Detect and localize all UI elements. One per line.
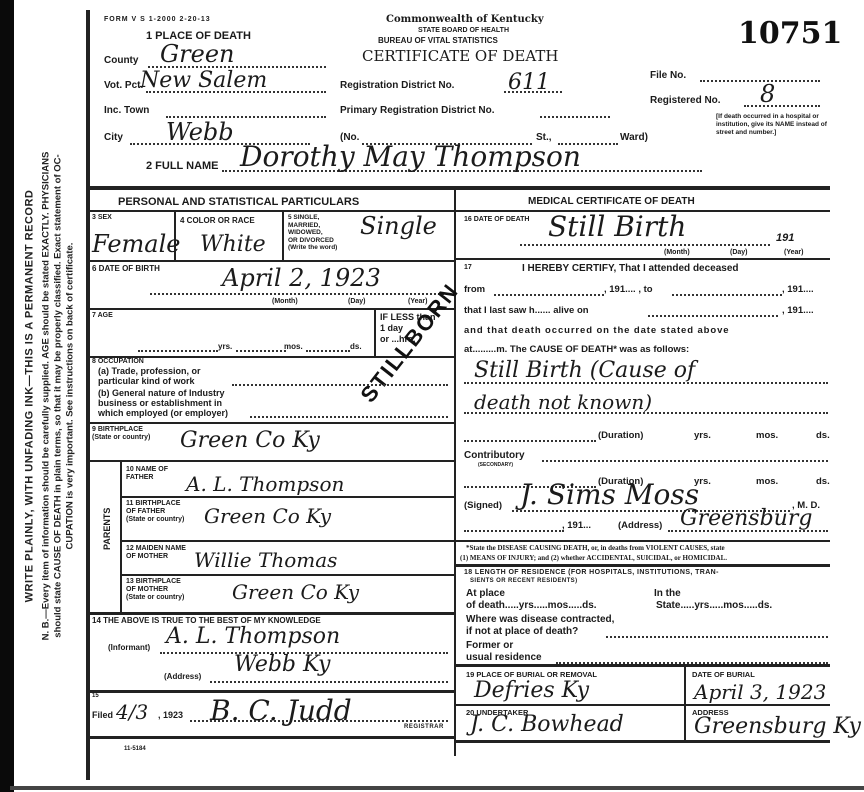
rule (120, 540, 454, 542)
physician-address-label: (Address) (618, 520, 662, 531)
side-instruction-line: N. B.—Every item of information should b… (41, 16, 53, 776)
rule (456, 258, 830, 260)
date-of-death-line (520, 244, 770, 246)
form-border-bottom (10, 786, 864, 790)
footer-code: 11-5184 (124, 746, 146, 752)
rule (120, 496, 454, 498)
filed-label: Filed (92, 710, 113, 720)
father-name-value: A. L. Thompson (186, 472, 344, 496)
rule (88, 460, 454, 462)
marital-label: 5 SINGLE, MARRIED, WIDOWED, OR DIVORCED … (288, 214, 337, 252)
physician-address-value: Greensburg (680, 506, 812, 531)
occupation-label: 8 OCCUPATION (92, 358, 144, 365)
dob-line (150, 293, 448, 295)
side-instruction-heading: WRITE PLAINLY, WITH UNFADING INK—THIS IS… (24, 16, 36, 776)
where-contracted-label-1: Where was disease contracted, (466, 614, 614, 625)
signed-date-line (464, 530, 564, 532)
inc-town-label: Inc. Town (104, 105, 149, 116)
file-no-label: File No. (650, 70, 686, 81)
secondary-label: (SECONDARY) (478, 462, 513, 468)
cause-of-death-label: at.........m. The CAUSE OF DEATH* was as… (464, 344, 689, 355)
where-contracted-line (606, 636, 828, 638)
age-yrs-label: yrs. (218, 342, 232, 351)
birthplace-value: Green Co Ky (180, 428, 320, 453)
side-instruction-line: should state CAUSE OF DEATH in plain ter… (53, 16, 65, 776)
contributory-mos: mos. (756, 476, 778, 487)
bureau-of-vital-statistics: BUREAU OF VITAL STATISTICS (378, 36, 498, 45)
county-label: County (104, 55, 138, 66)
personal-heading: PERSONAL AND STATISTICAL PARTICULARS (118, 196, 359, 208)
section-divider (88, 186, 830, 190)
date-of-death-year: 191 (776, 232, 794, 244)
rule (456, 564, 830, 567)
footnote-line-1: *State the DISEASE CAUSING DEATH, or, in… (466, 544, 725, 552)
occupation-b-label: (b) General nature of Industry business … (98, 388, 228, 418)
rule (120, 574, 454, 576)
date-of-death-value: Still Birth (548, 210, 686, 243)
occupation-a-line (232, 384, 448, 386)
filed-year: , 1923 (158, 710, 183, 720)
duration-mos: mos. (756, 430, 778, 441)
cause-of-death-line-2: death not known) (474, 390, 652, 414)
informant-address-value: Webb Ky (234, 652, 330, 677)
age-mos-label: mos. (284, 342, 303, 351)
mother-name-value: Willie Thomas (194, 548, 337, 572)
race-value: White (200, 232, 266, 257)
hospital-note: [If death occurred in a hospital or inst… (716, 113, 828, 137)
to-line (672, 294, 782, 296)
occupation-a-label: (a) Trade, profession, or particular kin… (98, 366, 201, 386)
in-the-state: State.....yrs.....mos.....ds. (656, 600, 772, 611)
registered-no-label: Registered No. (650, 95, 721, 106)
city-label: City (104, 132, 123, 143)
undertaker-address-value: Greensburg Ky (694, 714, 861, 739)
age-years-line (138, 350, 218, 352)
duration-line (464, 440, 596, 442)
rule (88, 690, 454, 693)
birthplace-label: 9 BIRTHPLACE (State or country) (92, 426, 150, 442)
informant-address-line (210, 681, 448, 683)
certificate-title: CERTIFICATE OF DEATH (362, 47, 558, 65)
from-line (494, 294, 604, 296)
year-caption: (Year) (784, 249, 803, 256)
contributory-line (542, 460, 828, 462)
duration-yrs: yrs. (694, 430, 711, 441)
mother-birthplace-label: 13 BIRTHPLACE OF MOTHER (State or countr… (126, 578, 184, 602)
residence-label-1: 18 LENGTH OF RESIDENCE (FOR HOSPITALS, I… (464, 569, 719, 576)
burial-place-value: Defries Ky (474, 678, 589, 703)
last-saw-year: , 191.... (782, 305, 814, 316)
age-ds-label: ds. (350, 342, 362, 351)
registration-district-label: Registration District No. (340, 80, 454, 91)
full-name-label: 2 FULL NAME (146, 160, 219, 172)
registered-no-value: 8 (760, 80, 775, 108)
sex-value: Female (92, 230, 181, 258)
at-place-of-death: of death.....yrs.....mos.....ds. (466, 600, 597, 611)
registered-no-line (744, 105, 820, 107)
marital-value: Single (360, 212, 437, 240)
side-instructions: WRITE PLAINLY, WITH UNFADING INK—THIS IS… (14, 0, 86, 792)
full-name-value: Dorothy May Thompson (240, 140, 581, 173)
certify-text: I HEREBY CERTIFY, That I attended deceas… (522, 263, 739, 274)
undertaker-value: J. C. Bowhead (470, 712, 624, 737)
signed-date-year: , 191... (562, 520, 591, 531)
signed-label: (Signed) (464, 500, 502, 511)
county-value: Green (160, 40, 235, 68)
father-birthplace-label: 11 BIRTHPLACE OF FATHER (State or countr… (126, 500, 184, 524)
rule (456, 740, 830, 743)
occupation-b-line (250, 416, 448, 418)
duration-label: (Duration) (598, 430, 643, 441)
contributory-ds: ds. (816, 476, 830, 487)
registration-district-value: 611 (508, 70, 550, 95)
primary-district-line (540, 116, 610, 118)
certify-number: 17 (464, 264, 472, 271)
form-number: FORM V S 1-2000 2-20-13 (104, 16, 211, 23)
month-caption: (Month) (664, 249, 690, 256)
date-of-death-label: 16 DATE OF DEATH (464, 216, 529, 223)
vot-pct-label: Vot. Pct. (104, 80, 143, 91)
rule (88, 736, 454, 739)
last-saw-line (648, 315, 778, 317)
board-of-health: STATE BOARD OF HEALTH (418, 27, 509, 34)
father-birthplace-value: Green Co Ky (204, 504, 331, 528)
informant-label: (Informant) (108, 643, 150, 652)
race-label: 4 COLOR OR RACE (180, 216, 255, 225)
ward-label: Ward) (620, 132, 648, 143)
rule (88, 422, 454, 424)
last-saw-label: that I last saw h...... alive on (464, 305, 589, 316)
sex-label: 3 SEX (92, 214, 112, 221)
rule (282, 212, 284, 260)
rule (456, 664, 830, 667)
dob-value: April 2, 1923 (222, 264, 381, 292)
filed-number: 15 (92, 693, 99, 699)
mother-birthplace-value: Green Co Ky (232, 580, 359, 604)
at-place-label: At place (466, 588, 505, 599)
primary-district-label: Primary Registration District No. (340, 105, 494, 116)
occurred-text: and that death occurred on the date stat… (464, 325, 729, 336)
from-label: from (464, 284, 485, 295)
rule (88, 612, 454, 615)
to-label: , 191.... , to (604, 284, 653, 295)
commonwealth-title: Commonwealth of Kentucky (386, 14, 544, 25)
informant-value: A. L. Thompson (166, 624, 340, 649)
registrar-label: REGISTRAR (404, 724, 444, 730)
cause-of-death-line-1: Still Birth (Cause of (474, 358, 695, 383)
where-contracted-label-2: if not at place of death? (466, 626, 578, 637)
column-divider (454, 190, 456, 756)
rule (174, 212, 176, 260)
filed-date: 4/3 (116, 700, 148, 724)
former-residence-label-2: usual residence (466, 652, 542, 663)
certificate-number: 10751 (738, 16, 842, 51)
age-label: 7 AGE (92, 312, 113, 319)
day-caption: (Day) (348, 298, 366, 305)
residence-label-2: SIENTS OR RECENT RESIDENTS) (470, 578, 577, 584)
scan-edge (0, 0, 14, 792)
footnote-line-2: (1) MEANS OF INJURY; and (2) whether ACC… (460, 554, 727, 562)
month-caption: (Month) (272, 298, 298, 305)
burial-date-value: April 3, 1923 (694, 680, 826, 704)
father-name-label: 10 NAME OF FATHER (126, 466, 168, 482)
age-months-line (236, 350, 286, 352)
former-residence-label-1: Former or (466, 640, 513, 651)
age-days-line (306, 350, 350, 352)
contributory-label: Contributory (464, 450, 525, 461)
medical-heading: MEDICAL CERTIFICATE OF DEATH (528, 196, 695, 207)
rule (88, 260, 454, 262)
registrar-value: B. C. Judd (210, 694, 352, 727)
mother-name-label: 12 MAIDEN NAME OF MOTHER (126, 545, 186, 561)
burial-date-label: DATE OF BURIAL (692, 670, 755, 679)
to-year: , 191.... (782, 284, 814, 295)
rule (456, 704, 830, 706)
rule (456, 540, 830, 542)
city-value: Webb (166, 118, 234, 146)
form-border-left (86, 10, 90, 780)
rule (88, 308, 454, 310)
parents-label: PARENTS (102, 500, 112, 550)
dob-label: 6 DATE OF BIRTH (92, 264, 160, 273)
side-instruction-line: CUPATION is very important. See instruct… (65, 16, 77, 776)
physician-signature: J. Sims Moss (520, 478, 699, 511)
informant-address-label: (Address) (164, 672, 201, 681)
duration-ds: ds. (816, 430, 830, 441)
in-the-label: In the (654, 588, 681, 599)
rule (120, 462, 122, 614)
vot-pct-value: New Salem (140, 68, 267, 93)
rule (374, 310, 376, 356)
day-caption: (Day) (730, 249, 748, 256)
